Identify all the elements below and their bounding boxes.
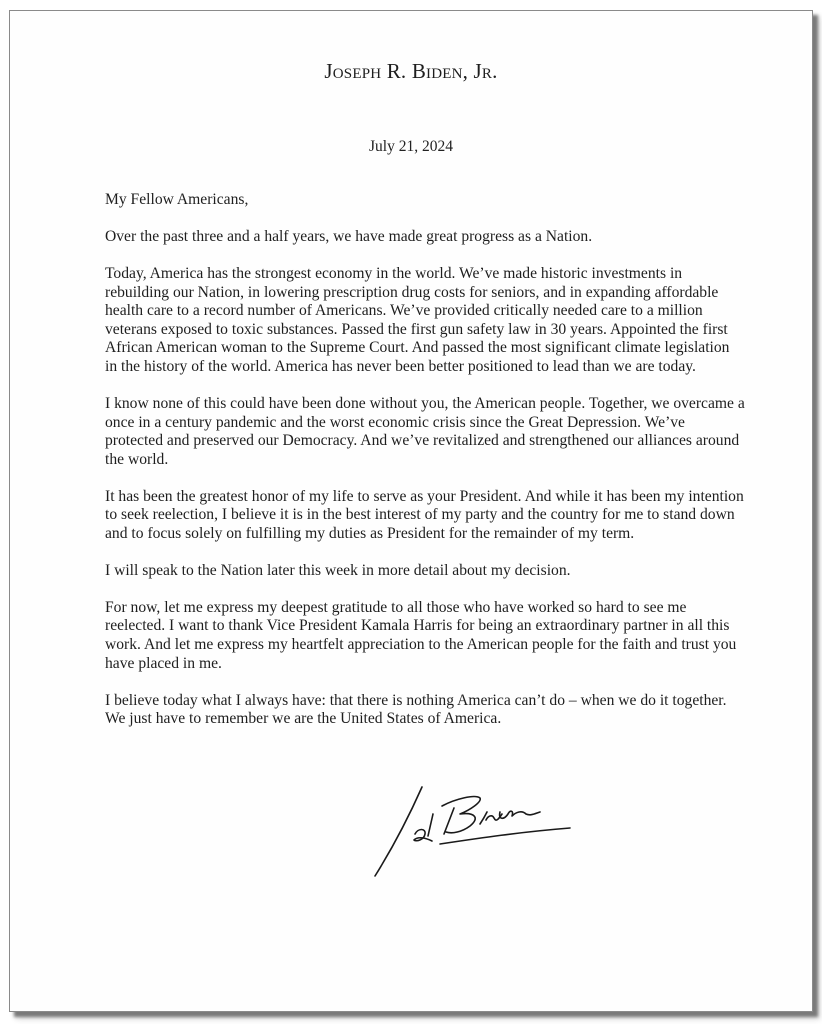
signature-icon — [370, 784, 600, 884]
paragraph: For now, let me express my deepest grati… — [105, 599, 745, 673]
letter-date: July 21, 2024 — [10, 138, 812, 156]
paragraph: I believe today what I always have: that… — [105, 692, 745, 729]
letter-page: Joseph R. Biden, Jr. July 21, 2024 My Fe… — [9, 10, 813, 1012]
letterhead: Joseph R. Biden, Jr. — [10, 59, 812, 84]
paragraph: Over the past three and a half years, we… — [105, 228, 745, 247]
paragraph: Today, America has the strongest economy… — [105, 265, 745, 377]
salutation: My Fellow Americans, — [105, 191, 745, 210]
letter-body: My Fellow Americans, Over the past three… — [105, 191, 745, 747]
paragraph: It has been the greatest honor of my lif… — [105, 488, 745, 544]
paragraph: I will speak to the Nation later this we… — [105, 562, 745, 581]
paragraph: I know none of this could have been done… — [105, 395, 745, 469]
